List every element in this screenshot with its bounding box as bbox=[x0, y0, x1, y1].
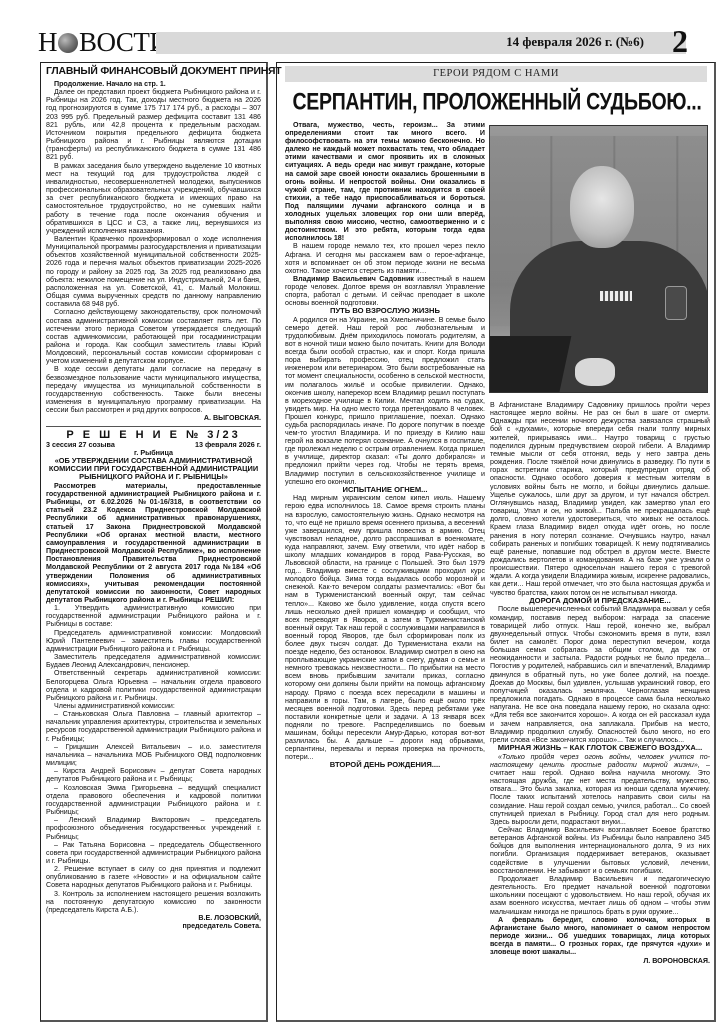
divider bbox=[46, 426, 261, 427]
author-signature: А. ВЫГОВСКАЯ. bbox=[46, 414, 261, 422]
decision-item: – Козловская Эмма Григорьевна – ведущий … bbox=[46, 784, 261, 817]
portrait-photo bbox=[489, 125, 708, 393]
photo-face bbox=[570, 166, 634, 248]
paragraph: В ходе сессии депутаты дали согласие на … bbox=[46, 365, 261, 414]
section-text: Сейчас Владимир Васильевич возглавляет Б… bbox=[490, 826, 710, 875]
section-title: ПУТЬ ВО ВЗРОСЛУЮ ЖИЗНЬ bbox=[285, 307, 485, 316]
section-title: МИРНАЯ ЖИЗНЬ – КАК ГЛОТОК СВЕЖЕГО ВОЗДУХ… bbox=[490, 744, 710, 753]
section-text: А родился он на Украине, на Хмельничине.… bbox=[285, 316, 485, 486]
decision-date: 13 февраля 2026 г. bbox=[195, 441, 261, 449]
section-text: Над мирным украинским селом кипел июль. … bbox=[285, 494, 485, 761]
decision-preamble: Рассмотрев материалы, предоставленные го… bbox=[46, 482, 261, 604]
sleeve-patch-icon bbox=[665, 286, 687, 320]
decision-item: – Ленский Владимир Викторович – председа… bbox=[46, 816, 261, 840]
medal-ribbons-icon bbox=[600, 291, 632, 301]
decision-item: – Рак Татьяна Борисовна – председатель О… bbox=[46, 841, 261, 865]
section-title: ИСПЫТАНИЕ ОГНЕМ... bbox=[285, 486, 485, 495]
masthead: Н ВОСТИ 14 февраля 2026 г. (№6) 2 bbox=[38, 30, 688, 56]
decision-heading: «ОБ УТВЕРЖДЕНИИ СОСТАВА АДМИНИСТРАТИВНОЙ… bbox=[46, 457, 261, 482]
decision-item: Ответственный секретарь административной… bbox=[46, 669, 261, 702]
author-signature: Л. ВОРОНОВСКАЯ. bbox=[490, 957, 710, 965]
section-text: В Афганистане Владимиру Садовнику пришло… bbox=[490, 401, 710, 597]
globe-icon bbox=[58, 33, 78, 53]
signature-name: В.Е. ЛОЗОВСКИЙ, bbox=[46, 914, 261, 922]
rubric-label: ГЕРОИ РЯДОМ С НАМИ bbox=[285, 66, 707, 82]
issue-date: 14 февраля 2026 г. (№6) bbox=[506, 34, 644, 50]
paragraph: Согласно действующему законодательству, … bbox=[46, 308, 261, 365]
newspaper-logo: Н ВОСТИ bbox=[38, 28, 168, 56]
laptop-icon bbox=[489, 336, 571, 393]
decision-item: 1. Утвердить административную комиссию п… bbox=[46, 604, 261, 628]
section-text: После вышеперечисленных событий Владимир… bbox=[490, 605, 710, 744]
signature-title: председатель Совета. bbox=[46, 922, 261, 930]
left-article-title: ГЛАВНЫЙ ФИНАНСОВЫЙ ДОКУМЕНТ ПРИНЯТ bbox=[46, 66, 261, 77]
left-article: ГЛАВНЫЙ ФИНАНСОВЫЙ ДОКУМЕНТ ПРИНЯТ Продо… bbox=[40, 62, 268, 1022]
continued-note: Продолжение. Начало на стр. 1. bbox=[46, 80, 261, 88]
paragraph: Валентин Кравченко проинформировал о ход… bbox=[46, 235, 261, 308]
decision-item: – Станьковская Ольга Павловна – главный … bbox=[46, 710, 261, 743]
decision-body: Рассмотрев материалы, предоставленные го… bbox=[46, 482, 261, 931]
article-right-column: В Афганистане Владимиру Садовнику пришло… bbox=[490, 401, 710, 965]
logo-letter: Н bbox=[38, 28, 57, 56]
decision-item: – Кирста Андрей Борисович – депутат Сове… bbox=[46, 767, 261, 783]
quote-paragraph: «Только пройдя через огонь войны, челове… bbox=[490, 753, 710, 826]
decision-title: Р Е Ш Е Н И Е № 3/23 bbox=[46, 429, 261, 441]
article-lead: Отвага, мужество, честь, героизм... За э… bbox=[285, 121, 485, 242]
section-title: ВТОРОЙ ДЕНЬ РОЖДЕНИЯ.... bbox=[285, 761, 485, 770]
section-text: Продолжает Владимир Васильевич и педагог… bbox=[490, 875, 710, 916]
decision-item: Члены административной комиссии: bbox=[46, 702, 261, 710]
decision-item: 3. Контроль за исполнением настоящего ре… bbox=[46, 890, 261, 914]
decision-item: 2. Решение вступает в силу со дня принят… bbox=[46, 865, 261, 889]
decision-session: 3 сессия 27 созыва bbox=[46, 441, 115, 449]
decision-item: Председатель административной комиссии: … bbox=[46, 629, 261, 653]
right-article: ГЕРОИ РЯДОМ С НАМИ СЕРПАНТИН, ПРОЛОЖЕННЫ… bbox=[276, 62, 716, 1022]
logo-rest: ВОСТИ bbox=[79, 28, 168, 56]
page-number: 2 bbox=[672, 24, 688, 58]
article-lead-block: Отвага, мужество, честь, героизм... За э… bbox=[285, 121, 485, 770]
hero-paragraph: Владимир Васильевич Садовник известный в… bbox=[285, 275, 485, 307]
decision-item: – Грицишин Алексей Витальевич – и.о. зам… bbox=[46, 743, 261, 767]
section-title: ДОРОГА ДОМОЙ И ПРЕДСКАЗАНИЕ... bbox=[490, 597, 710, 606]
hero-name: Владимир Васильевич Садовник bbox=[293, 275, 414, 283]
section-text: – считает наш герой. Однако война научил… bbox=[490, 761, 710, 826]
decision-item: Заместитель председателя административно… bbox=[46, 653, 261, 669]
article-closing: А февраль бередит, словно колючка, котор… bbox=[490, 916, 710, 957]
article-intro: В нашем городе немало тех, кто прошел че… bbox=[285, 242, 485, 274]
left-article-body: Продолжение. Начало на стр. 1. Далее он … bbox=[46, 80, 261, 423]
paragraph: Далее он представил проект бюджета Рыбни… bbox=[46, 88, 261, 161]
quote-text: «Только пройдя через огонь войны, челове… bbox=[490, 753, 710, 769]
paragraph: В рамках заседания было утверждено выдел… bbox=[46, 162, 261, 235]
article-headline: СЕРПАНТИН, ПРОЛОЖЕННЫЙ СУДЬБОЮ... bbox=[287, 88, 707, 117]
